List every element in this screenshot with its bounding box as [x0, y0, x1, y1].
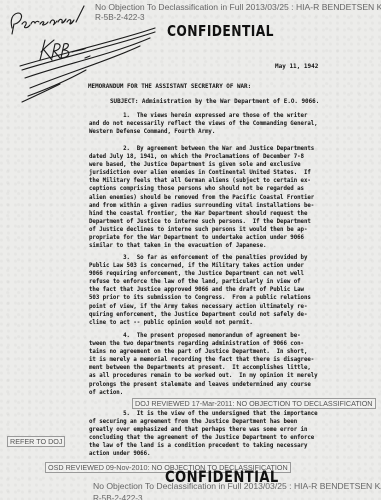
paragraph-1: 1. The views herein expressed are those … [89, 112, 361, 136]
paragraph-2: 2. By agreement between the War and Just… [89, 145, 361, 250]
paragraph-3: 3. So far as enforcement of the penaltie… [89, 254, 361, 327]
paragraph-4: 4. The present proposed memorandum of ag… [89, 332, 361, 397]
refer-to-doj-stamp: REFER TO DOJ [7, 436, 65, 447]
classification-marking-top: CONFIDENTIAL [167, 22, 274, 40]
memo-heading: MEMORANDUM FOR THE ASSISTANT SECRETARY O… [88, 84, 251, 90]
memo-date: May 11, 1942 [275, 63, 318, 70]
declassification-stamp-bottom: No Objection To Declassification in Full… [93, 481, 381, 491]
document-page: No Objection To Declassification in Full… [0, 0, 381, 500]
document-id-top: R-5B-2-422-3 [95, 13, 145, 22]
document-id-bottom: R-5B-2-422-3 [93, 494, 143, 500]
declassification-stamp-top: No Objection To Declassification in Full… [95, 2, 381, 12]
paragraph-5: 5. It is the view of the undersigned tha… [89, 410, 361, 459]
doj-review-stamp: DOJ REVIEWED 17-Mar-2011: NO OBJECTION T… [132, 398, 376, 409]
memo-subject: SUBJECT: Administration by the War Depar… [110, 99, 319, 105]
